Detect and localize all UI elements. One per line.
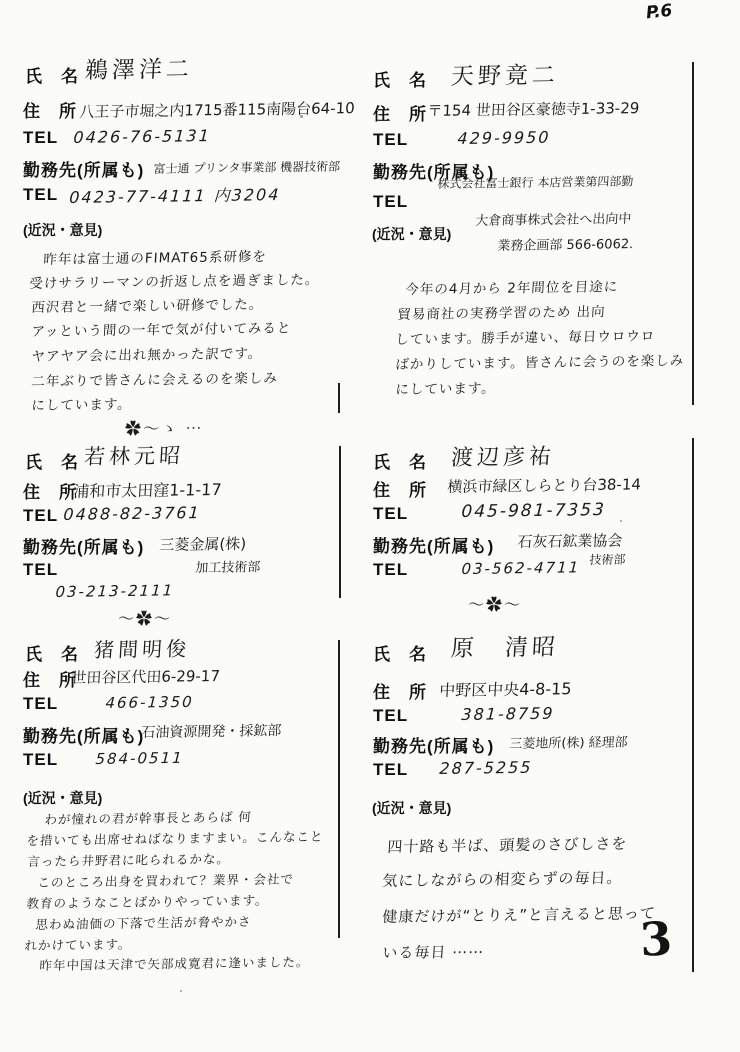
comments-label: (近況・意見) bbox=[23, 788, 102, 808]
entry5-comment-line: わが憧れの君が幹事長とあらば 何 bbox=[44, 807, 252, 828]
entry1-work-tel-value: 0423-77-4111 内3204 bbox=[69, 182, 281, 208]
tel-label: TEL bbox=[23, 185, 58, 205]
entry2-name-value: 天野竟二 bbox=[450, 56, 560, 91]
entry5-comment-line: を措いても出席せねばなりますまい。こんなこと bbox=[26, 827, 324, 849]
entry5-comment-line: このところ出身を買われて？業界・会社で bbox=[37, 869, 294, 891]
entry5-address-value: 世田谷区代田6-29-17 bbox=[71, 665, 221, 688]
tel-label: TEL bbox=[23, 750, 58, 770]
entry5-workplace-value: 石油資源開発・採鉱部 bbox=[141, 720, 282, 742]
page-number: 3 bbox=[639, 911, 674, 967]
tel-label: TEL bbox=[23, 560, 58, 580]
tel-label: TEL bbox=[373, 760, 408, 780]
corner-page-marker: P.6 bbox=[645, 1, 673, 24]
document-page: P.6 氏 名 鵜澤洋二 住 所 八王子市堀之内1715番115南陽台64-10… bbox=[0, 0, 740, 1052]
entry5-comment-line: 言ったら井野君に叱られるかな。 bbox=[27, 849, 231, 870]
entry4-address-value: 横浜市緑区しらとり台38-14 bbox=[447, 473, 642, 497]
entry3-workplace-dept: 加工技術部 bbox=[195, 556, 261, 576]
entry2-address-value: 〒154 世田谷区豪徳寺1-33-29 bbox=[427, 97, 640, 121]
entry3-tel-value: 0488-82-3761 bbox=[63, 503, 201, 524]
scan-noise-speck bbox=[620, 520, 622, 522]
entry6-comment-line: 気にしながらの相変らずの毎日。 bbox=[382, 867, 623, 891]
workplace-label: 勤務先(所属も) bbox=[23, 156, 144, 181]
entry1-tel-value: 0426-76-5131 bbox=[73, 126, 211, 147]
entry6-address-value: 中野区中央4-8-15 bbox=[439, 676, 573, 701]
entry1-comment-line: 西沢君と一緒で楽しい研修でした。 bbox=[31, 293, 264, 316]
entry2-comment-line: 貿易商社の実務学習のため 出向 bbox=[397, 300, 606, 323]
flower-squiggle-divider: ✿〜ゝ ⋯ bbox=[125, 416, 203, 439]
entry3-name-value: 若林元昭 bbox=[83, 440, 185, 471]
entry3-address-value: 浦和市太田窪1-1-17 bbox=[73, 477, 223, 502]
workplace-label: 勤務先(所属も) bbox=[373, 532, 494, 557]
entry6-comment-line: いる毎日 ⋯⋯ bbox=[382, 941, 485, 963]
entry3-workplace-value: 三菱金属(株) bbox=[159, 533, 247, 555]
entry6-comment-line: 健康だけが“とりえ”と言えると思って bbox=[382, 902, 657, 927]
workplace-label: 勤務先(所属も) bbox=[23, 533, 144, 558]
address-label: 住 所 bbox=[23, 666, 77, 691]
scan-noise-speck bbox=[180, 990, 182, 992]
entry2-comment-line: にしています。 bbox=[395, 377, 497, 398]
name-label: 氏 名 bbox=[25, 640, 79, 665]
tel-label: TEL bbox=[23, 694, 58, 714]
name-label: 氏 名 bbox=[373, 640, 427, 665]
entry1-name-value: 鵜澤洋二 bbox=[84, 50, 194, 85]
entry4-tel-value: 045-981-7353 bbox=[461, 500, 607, 522]
entry4-name-value: 渡辺彦祐 bbox=[450, 440, 556, 472]
entry2-comment-line: しています。勝手が違い、毎日ウロウロ bbox=[395, 324, 656, 348]
entry5-comment-line: 昨年中国は天津で矢部成寛君に逢いました。 bbox=[39, 952, 310, 974]
entry1-comment-line: 昨年は富士通のFIMAT65系研修を bbox=[43, 245, 268, 268]
name-label: 氏 名 bbox=[25, 62, 79, 87]
entry2-workplace-note: 業務企画部 566-6062. bbox=[497, 233, 634, 254]
tel-label: TEL bbox=[373, 504, 408, 524]
entry1-comment-line: ヤアヤア会に出れ無かった訳です。 bbox=[31, 342, 263, 365]
tel-label: TEL bbox=[373, 192, 408, 212]
entry1-comment-line: アッという間の一年で気が付いてみると bbox=[31, 316, 292, 340]
name-label: 氏 名 bbox=[25, 448, 79, 473]
entry2-workplace-note: 大倉商事株式会社へ出向中 bbox=[475, 208, 632, 229]
comments-label: (近況・意見) bbox=[372, 224, 451, 244]
tel-label: TEL bbox=[23, 128, 58, 148]
column-divider-line bbox=[338, 640, 340, 938]
entry5-comment-line: 教育のようなことばかりやっています。 bbox=[26, 891, 269, 912]
entry3-work-tel-value: 03-213-2111 bbox=[55, 581, 175, 601]
entry4-workplace-dept: 技術部 bbox=[589, 550, 626, 568]
entry6-name-value: 原 清昭 bbox=[450, 628, 560, 663]
scan-noise-speck bbox=[300, 115, 303, 118]
workplace-label: 勤務先(所属も) bbox=[23, 722, 144, 747]
column-divider-line bbox=[339, 446, 341, 598]
entry1-comment-line: 二年ぶりで皆さんに会えるのを楽しみ bbox=[31, 367, 279, 390]
entry5-name-value: 猪間明俊 bbox=[93, 633, 191, 663]
address-label: 住 所 bbox=[23, 478, 77, 503]
name-label: 氏 名 bbox=[373, 448, 427, 473]
page-edge-line bbox=[692, 62, 694, 405]
entry5-work-tel-value: 584-0511 bbox=[95, 749, 184, 768]
entry5-tel-value: 466-1350 bbox=[105, 693, 194, 712]
address-label: 住 所 bbox=[23, 97, 77, 122]
tel-label: TEL bbox=[373, 706, 408, 726]
entry2-comment-line: 今年の4月から 2年間位を目途に bbox=[405, 275, 619, 298]
entry2-workplace-note: 株式会社富士銀行 本店営業第四部勤 bbox=[437, 172, 634, 192]
entry6-workplace-value: 三菱地所(株) 経理部 bbox=[509, 731, 628, 752]
entry6-tel-value: 381-8759 bbox=[461, 704, 555, 724]
entry4-workplace-value: 石灰石鉱業協会 bbox=[517, 530, 623, 552]
entry1-address-value: 八王子市堀之内1715番115南陽台64-10 bbox=[79, 97, 356, 122]
tel-label: TEL bbox=[373, 130, 408, 150]
entry6-comment-line: 四十路も半ば、頭髪のさびしさを bbox=[387, 833, 628, 857]
address-label: 住 所 bbox=[373, 476, 427, 501]
entry4-work-tel-value: 03-562-4711 bbox=[461, 558, 581, 578]
entry6-work-tel-value: 287-5255 bbox=[439, 758, 533, 778]
flower-squiggle-divider: 〜✿〜 bbox=[118, 606, 172, 629]
entry1-comment-line: にしています。 bbox=[31, 393, 133, 414]
entry2-comment-line: ばかりしています。皆さんに会うのを楽しみ bbox=[395, 349, 685, 373]
entry5-comment-line: れかけています。 bbox=[24, 935, 132, 955]
comments-label: (近況・意見) bbox=[372, 798, 451, 818]
entry5-comment-line: 思わぬ油価の下落で生活が脅やかさ bbox=[35, 912, 252, 933]
entry2-tel-value: 429-9950 bbox=[457, 128, 551, 148]
entry1-comment-line: 受けサラリーマンの折返し点を過ぎました。 bbox=[29, 268, 320, 292]
workplace-label: 勤務先(所属も) bbox=[373, 732, 494, 757]
tel-label: TEL bbox=[23, 506, 58, 526]
comments-label: (近況・意見) bbox=[23, 220, 102, 240]
flower-squiggle-divider: 〜✿〜 bbox=[468, 592, 522, 615]
address-label: 住 所 bbox=[373, 100, 427, 125]
column-divider-line bbox=[338, 383, 340, 413]
name-label: 氏 名 bbox=[373, 66, 427, 91]
address-label: 住 所 bbox=[373, 678, 427, 703]
entry1-workplace-value: 富士通 プリンタ事業部 機器技術部 bbox=[153, 157, 341, 177]
tel-label: TEL bbox=[373, 560, 408, 580]
page-edge-line bbox=[692, 438, 694, 972]
